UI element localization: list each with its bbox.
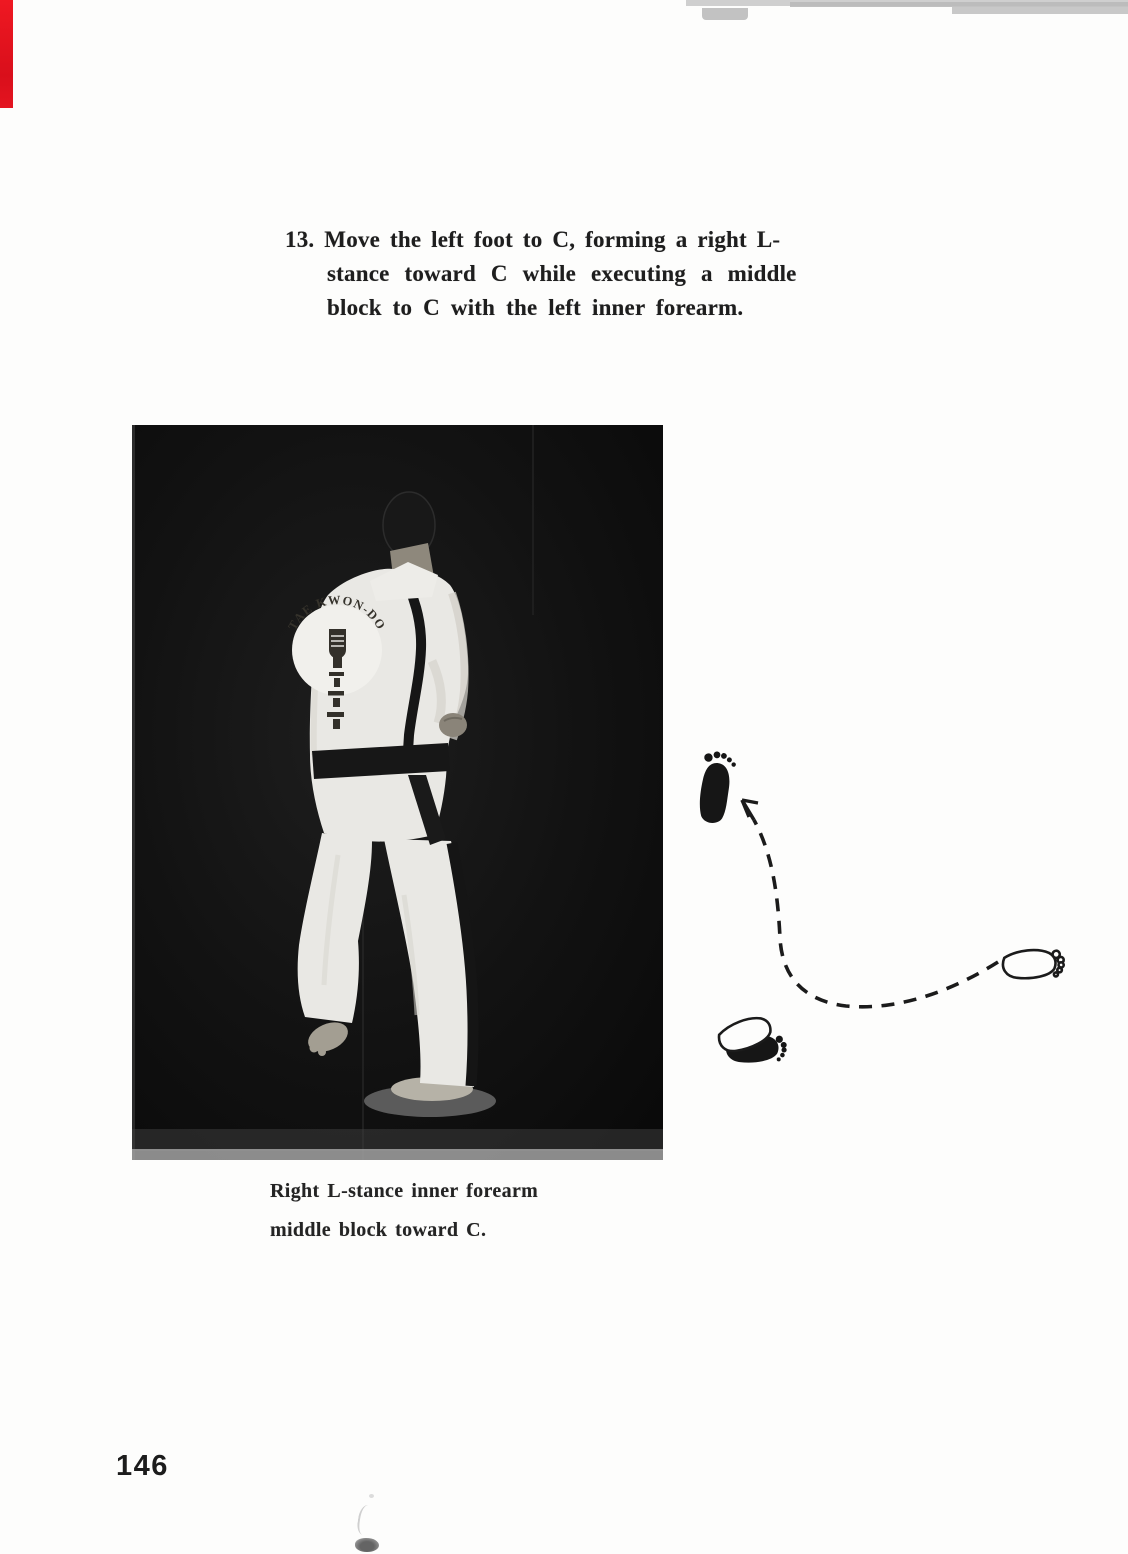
caption-line-2: middle block toward C.: [270, 1219, 486, 1242]
instruction-line-1: 13. Move the left foot to C, forming a r…: [285, 226, 780, 254]
photo-edge-fringe: [132, 425, 135, 1160]
origin-left-footprint: [1002, 947, 1065, 981]
page-number: 146: [116, 1450, 169, 1483]
floor-shadow-band: [132, 1129, 663, 1151]
emblem-fist-icon: [329, 629, 346, 659]
emblem-wrist: [333, 655, 342, 668]
footwork-diagram: [690, 745, 1110, 1080]
scan-artifact-gray-strip: [702, 8, 748, 20]
scan-artifact-smudge: [369, 1494, 374, 1498]
right-fist: [439, 713, 467, 737]
movement-arrow: [742, 800, 998, 1007]
instruction-line-2: stance toward C while executing a middle: [327, 260, 797, 288]
caption-line-1: Right L-stance inner forearm: [270, 1180, 538, 1203]
left-foot-toes: [310, 1044, 319, 1053]
scan-artifact-red-strip: [0, 0, 13, 108]
scan-artifact-gray-strip: [952, 6, 1128, 14]
movement-dashed-path: [754, 820, 998, 1007]
scan-artifact-smudge: [356, 1504, 376, 1536]
photo-floor-strip: [132, 1149, 663, 1160]
destination-left-footprint: [694, 750, 737, 826]
scan-artifact-smudge: [355, 1538, 379, 1552]
photo-illustration: TAE KWON-DO: [132, 425, 663, 1160]
technique-photograph: TAE KWON-DO: [132, 425, 663, 1160]
left-foot-toes: [318, 1048, 326, 1056]
instruction-line-3: block to C with the left inner forearm.: [327, 294, 743, 322]
